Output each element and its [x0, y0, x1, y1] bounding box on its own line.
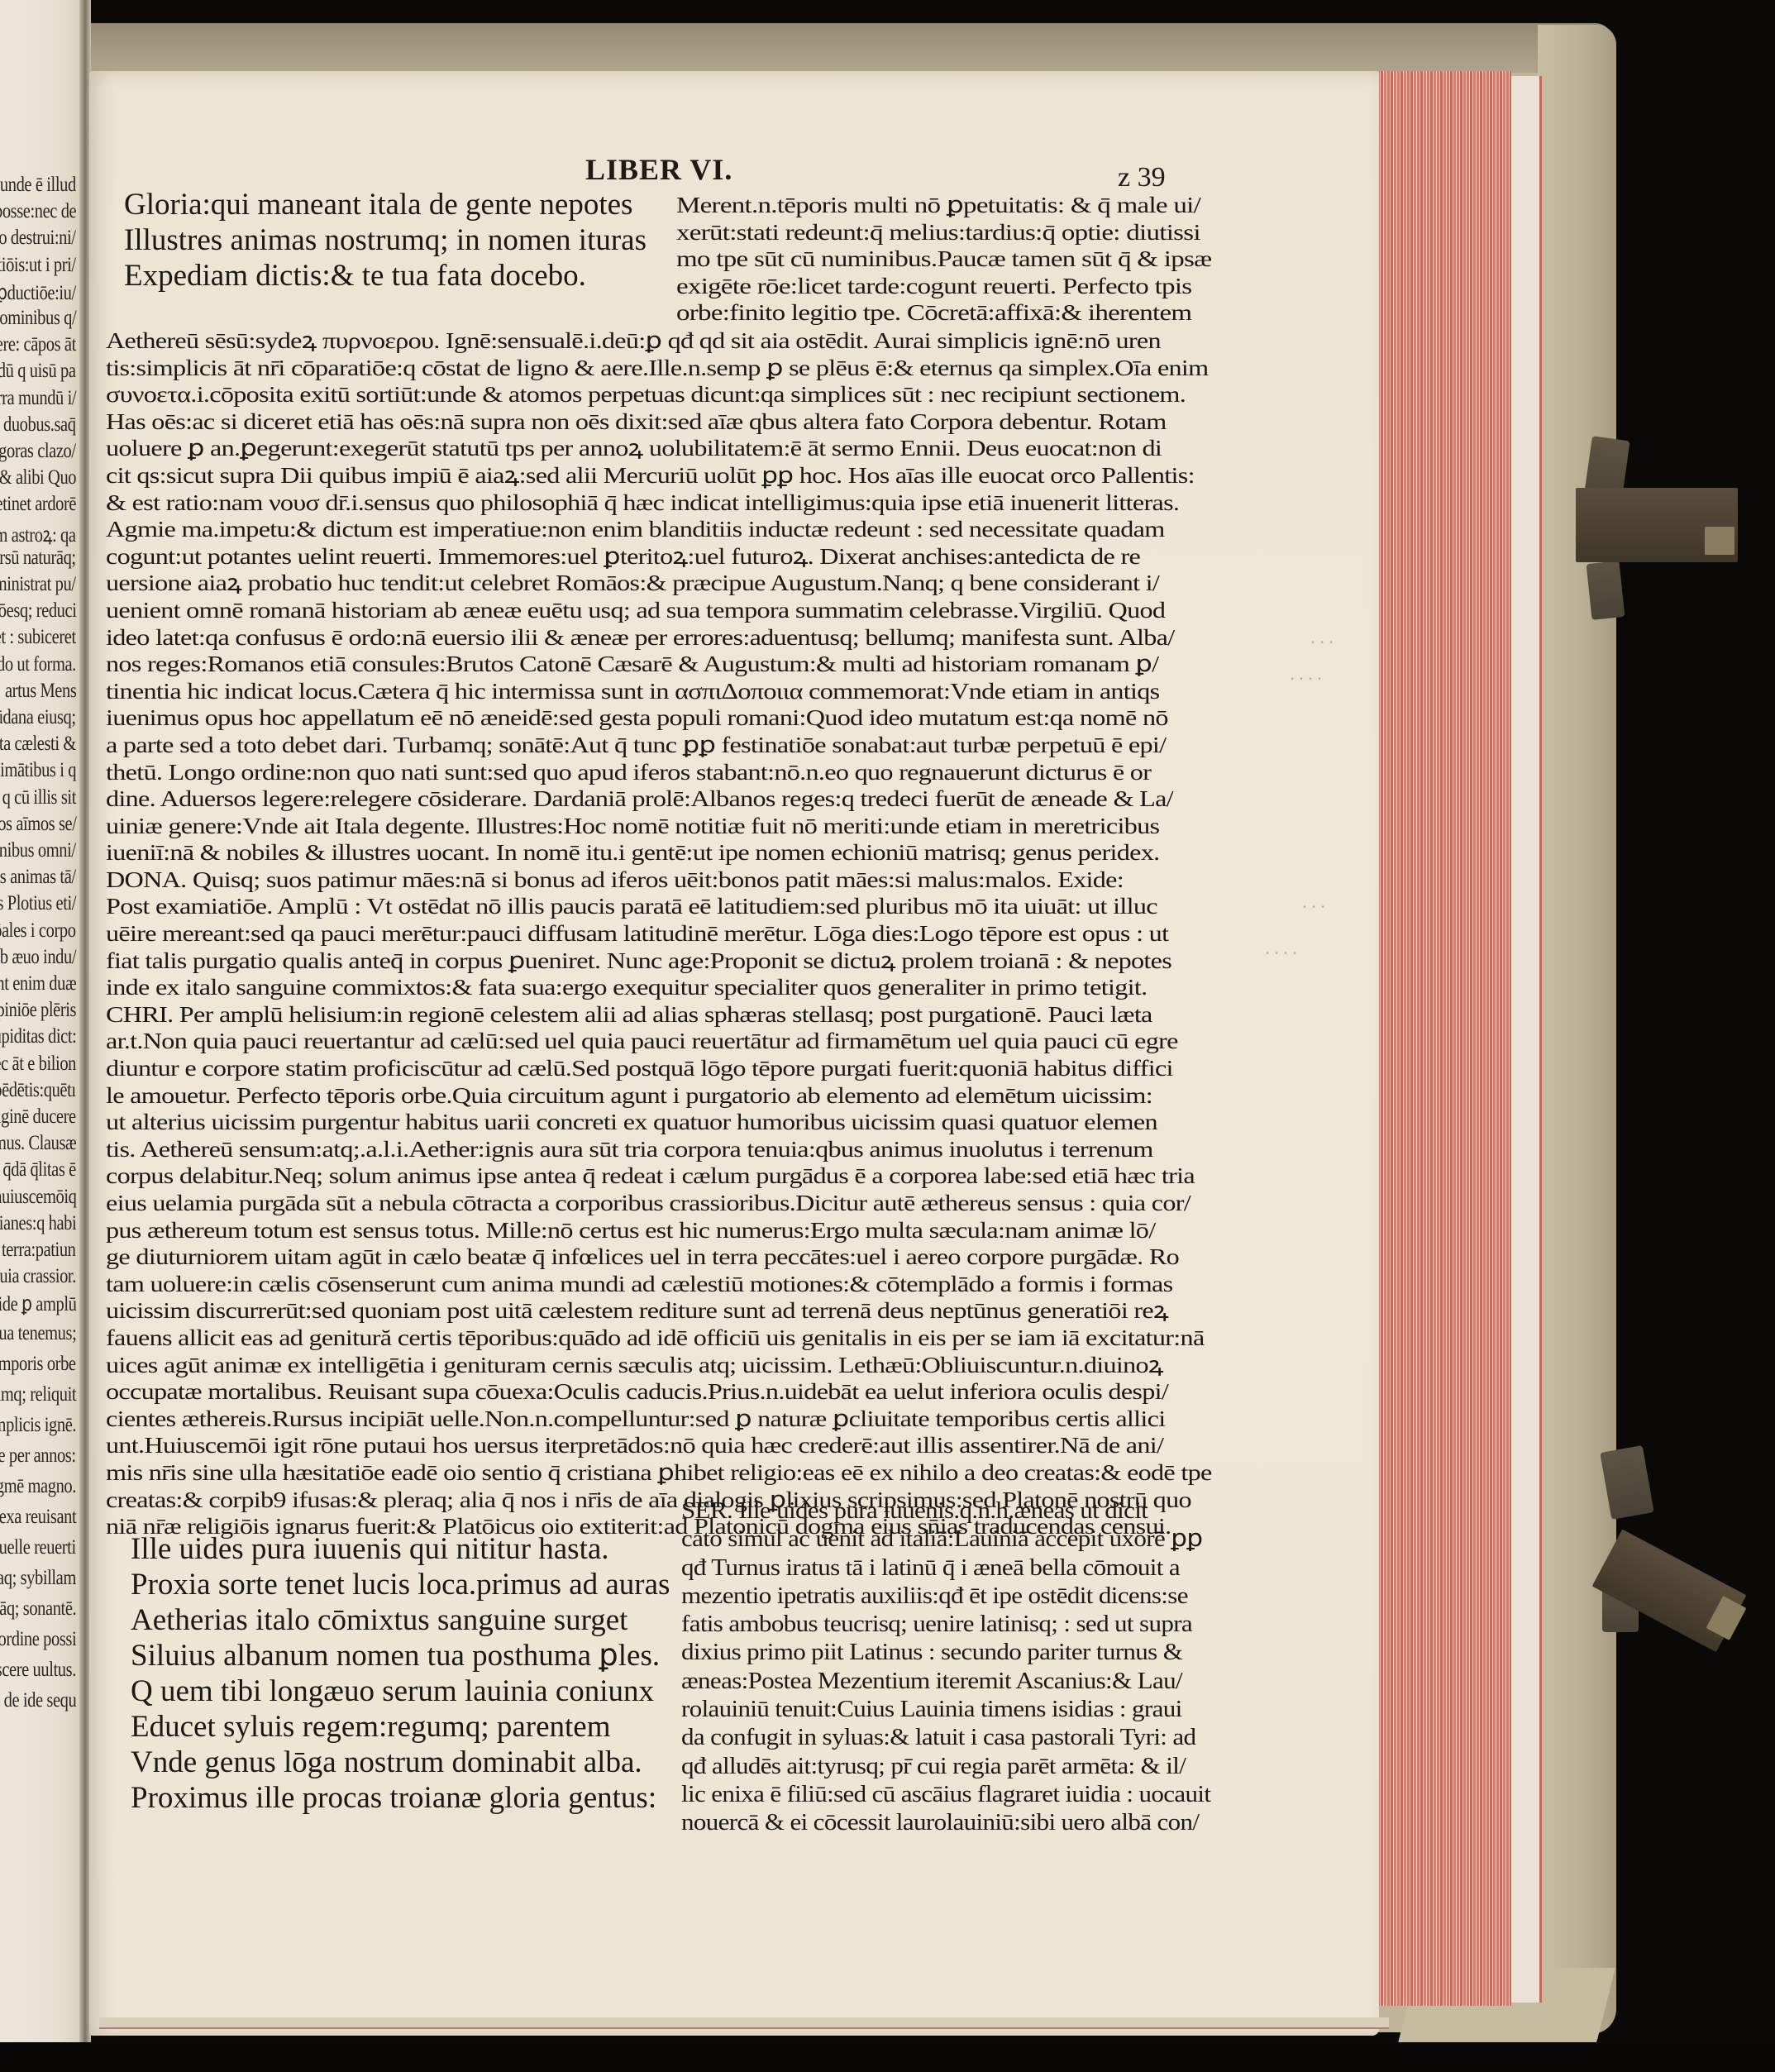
commentary-line: uēire mereant:sed qa pauci merētur:pauci… [106, 920, 1212, 948]
commentary-line: corpus delabitur.Neq; solum animus ipse … [106, 1163, 1212, 1190]
facing-page-line-fragment: ita cælesti & [0, 733, 76, 756]
bottom-verse-block: Ille uides pura iuuenis qui nititur hast… [131, 1531, 670, 1816]
commentary-line: tis:simplicis āt nr̄i cōparatiōe:q cōsta… [106, 355, 1212, 382]
facing-page-line-fragment: mporis orbe [0, 1353, 76, 1376]
facing-page-line-fragment: ora uelle reuerti [0, 1536, 76, 1559]
facing-page-line-fragment: ratiōales i corpo [0, 919, 76, 943]
facing-page-line-fragment: mus. Clausæ [0, 1132, 76, 1155]
commentary-line: orbe:finito legitio tpe. Cōcretā:affixā:… [676, 299, 1211, 327]
binding-fore-edge-cover [1538, 25, 1616, 2034]
facing-page-line-fragment: ōesq; reduci [0, 599, 76, 623]
commentary-line: DONA. Quisq; suos patimur māes:nā si bon… [106, 867, 1212, 894]
facing-page-line-fragment: ai simplicis ignē. [0, 1414, 76, 1437]
sprinkled-red-fore-edge [1377, 71, 1511, 2006]
facing-page-line-fragment: ipēdētis:quētı [0, 1079, 76, 1102]
facing-page-line-fragment: ūdana eiusq; [0, 706, 76, 729]
fore-edge-red-line [1539, 76, 1542, 2003]
commentary-line: rolauiniū tenuit:Cuius Lauinia timens is… [681, 1695, 1210, 1723]
verse-line: Aetherias italo cōmixtus sanguine surget [131, 1602, 670, 1638]
commentary-line: eius uelamia purgāda sūt a nebula cōtrac… [106, 1190, 1212, 1217]
facing-page-line-fragment: agoras clazo/ [0, 440, 76, 463]
commentary-line: nouercā & ei cōcessit laurolauiniū:sibi … [681, 1808, 1210, 1836]
verse-line: Ille uides pura iuuenis qui nititur hast… [131, 1531, 670, 1567]
commentary-line: uenient omnē romanā historiam ab æneæ eu… [106, 597, 1212, 624]
facing-page-line-fragment: imātibus i q [0, 759, 76, 782]
commentary-line: ar.t.Non quia pauci reuertantur ad cælū:… [106, 1028, 1212, 1055]
facing-page-line-fragment: minibus omni/ [0, 839, 76, 862]
facing-page-line-fragment: i & alibi Quo [0, 466, 76, 489]
bottom-right-commentary: SER. Ille uides pura iuuenis.q.n.h.æneas… [681, 1497, 1176, 1837]
pencil-marginalia: · · · [1310, 632, 1334, 653]
commentary-line: le amouetur. Perfecto tēporis orbe.Quia … [106, 1082, 1212, 1110]
commentary-line: lic enixa ē filiū:sed cū ascāius flagrar… [681, 1780, 1210, 1808]
commentary-line: xerūt:stati redeunt:q̄ melius:tardius:q̄… [676, 219, 1211, 246]
commentary-line: occupatæ mortalibus. Reuisant supa cōuex… [106, 1378, 1212, 1406]
facing-page-line-fragment: pea q̄dā q̄litas ē [0, 1158, 76, 1182]
facing-page-line-fragment: m astroꝝ: qa [0, 520, 76, 548]
commentary-line: uices agūt animæ ex intelligētia i genit… [106, 1352, 1212, 1379]
commentary-line: exigēte rōe:licet tarde:cogunt reuerti. … [676, 273, 1211, 300]
commentary-line: pus æthereum totum est sensus totus. Mil… [106, 1217, 1212, 1244]
commentary-line: thetū. Longo ordine:non quo nati sunt:se… [106, 759, 1212, 786]
verse-line: Vnde genus lōga nostrum dominabit alba. [131, 1745, 670, 1780]
facing-page-line-fragment: luere per annos: [0, 1444, 76, 1468]
commentary-line: CHRI. Per amplū helisium:in regionē cele… [106, 1001, 1212, 1029]
facing-page-line-fragment: nominibus q/ [0, 307, 76, 330]
commentary-line: mezentio ipetratis auxiliis:qđ ēt ipe os… [681, 1582, 1210, 1610]
main-commentary-block: Aethereū sēsū:sydeꝝ πυρνοερου. Ignē:sens… [106, 327, 1051, 1540]
top-verse-block: Gloria:qui maneant itala de gente nepote… [124, 187, 647, 294]
commentary-line: iueniī:nā & nobiles & illustres uocant. … [106, 839, 1212, 867]
facing-page-line-fragment: do ut forma. [0, 653, 76, 676]
verse-line: Q uem tibi longæuo serum lauinia coniunx [131, 1673, 670, 1709]
facing-page-line-fragment: ue de ide sequ [0, 1689, 76, 1712]
commentary-line: uicissim discurrerūt:sed quoniam post ui… [106, 1297, 1212, 1325]
commentary-line: cato simul ac uenit ad italiā:Lauiniā ac… [681, 1525, 1210, 1553]
commentary-line: tinentia hic indicat locus.Cætera q̄ hic… [106, 678, 1212, 705]
commentary-line: tis. Aethereū sensum:atq;.a.l.i.Aether:i… [106, 1136, 1212, 1163]
commentary-line: da confugit in syluas:& latuit i casa pa… [681, 1723, 1210, 1751]
commentary-line: dine. Aduersos legere:relegere cōsiderar… [106, 785, 1212, 813]
commentary-line: cit qs:sicut supra Dii quibus impiū ē ai… [106, 462, 1212, 489]
commentary-line: SER. Ille uides pura iuuenis.q.n.h.æneas… [681, 1497, 1210, 1525]
facing-page-line-fragment: erra mundū i/ [0, 387, 76, 410]
commentary-line: a parte sed a toto debet dari. Turbamq; … [106, 732, 1212, 759]
commentary-line: & est ratio:nam νουσ dr̄.i.sensus quo ph… [106, 489, 1212, 517]
commentary-line: συνοετα.i.cōposita exitū sortiūt:unde & … [106, 381, 1212, 408]
facing-page-line-fragment: d duobus.saq̄ [0, 413, 76, 437]
commentary-line: ut alterius uicissim purgentur habitus u… [106, 1109, 1212, 1136]
facing-page-line-fragment: et : subiceret [0, 626, 76, 649]
pencil-marginalia: · · · · [1290, 668, 1322, 690]
facing-page-line-fragment: a arua tenemus; [0, 1322, 76, 1345]
commentary-line: qđ alludēs ait:tyrusq; pr̄ cui regia par… [681, 1752, 1210, 1780]
binding-top-edge [58, 23, 1612, 73]
verse-line: Proxia sorte tenet lucis loca.primus ad … [131, 1567, 670, 1602]
facing-page-line-fragment: hæc āt e bilion [0, 1053, 76, 1076]
facing-page-line-fragment: exide ꝑ amplū [0, 1291, 76, 1316]
facing-page-line-fragment: discere uultus. [0, 1659, 76, 1682]
commentary-line: tam uoluere:in cælis cōsenserunt cum ani… [106, 1271, 1212, 1298]
verse-line: Proximus ille procas troianæ gloria gent… [131, 1780, 670, 1816]
verse-line: Expediam dictis:& te tua fata docebo. [124, 258, 647, 294]
facing-page-line-fragment: lio destrui:ni/ [0, 227, 76, 250]
commentary-line: cientes æthereis.Rursus incipiāt uelle.N… [106, 1406, 1212, 1433]
verse-line: Illustres animas nostrumq; in nomen itur… [124, 222, 647, 258]
folio-number: z 39 [1118, 162, 1166, 193]
commentary-line: uersione aiaꝝ probatio huc tendit:ut cel… [106, 570, 1212, 597]
commentary-line: inde ex italo sanguine commixtos:& fata … [106, 974, 1212, 1001]
facing-page-line-fragment: cupiditas dict: [0, 1025, 76, 1048]
facing-page-line-fragment: ibus Plotius eti/ [0, 892, 76, 915]
facing-page-line-fragment: ꝑductiōe:iu/ [0, 280, 76, 305]
facing-page-line-fragment: at agmē magno. [0, 1475, 76, 1498]
facing-page-line-fragment: rsū naturāq; [0, 547, 76, 570]
facing-page-line-fragment: ex opiniōe plēris [0, 999, 76, 1022]
facing-page-line-fragment: etinet ardorē [0, 493, 76, 516]
facing-page-line-fragment: ministrat pu/ [0, 573, 76, 596]
endleaf-edge [1511, 76, 1541, 2003]
commentary-line: mo tpe sūt cū numinibus.Paucæ tamen sūt … [676, 246, 1211, 273]
commentary-line: Has oēs:ac si diceret etiā has oēs:nā su… [106, 408, 1212, 436]
commentary-line: nos reges:Romanos etiā consules:Brutos C… [106, 651, 1212, 678]
commentary-line: æneas:Postea Mezentium iteremit Ascanius… [681, 1667, 1210, 1695]
commentary-line: cogunt:ut potantes uelint reuerti. Immem… [106, 543, 1212, 571]
running-head: LIBER VI. [585, 152, 732, 187]
facing-page-line-fragment: i posse:nec de [0, 200, 76, 223]
facing-page-line-fragment: urbāq; sonantē. [0, 1597, 76, 1621]
facing-page-line-fragment: oili i terra:patiun [0, 1239, 76, 1262]
commentary-line: dixius primo piit Latinus : secundo pari… [681, 1638, 1210, 1666]
facing-page-line-fragment: ales animas tā/ [0, 866, 76, 889]
facing-page-line-fragment: naq; sybillam [0, 1567, 76, 1590]
commentary-line: Agmie ma.impetu:& dictum est imperatiue:… [106, 516, 1212, 543]
pencil-marginalia: · · · · [1265, 943, 1297, 964]
verse-line: Gloria:qui maneant itala de gente nepote… [124, 187, 647, 222]
facing-left-page: ū unde ē illudi posse:nec delio destrui:… [0, 0, 83, 2072]
commentary-line: fatis ambobus teucrisq; uenire latinisq;… [681, 1610, 1210, 1638]
facing-page-line-fragment: ū unde ē illud [0, 174, 76, 197]
pencil-marginalia: · · · [1302, 896, 1325, 918]
facing-page-line-fragment: quia crassior. [0, 1265, 76, 1288]
facing-page-line-fragment: there: cāpos āt [0, 333, 76, 356]
background-shadow [0, 2042, 1775, 2072]
commentary-line: fiat talis purgatio qualis anteq̄ in cor… [106, 948, 1212, 975]
top-right-commentary: Merent.n.tēporis multi nō ꝑpetuitatis: &… [676, 192, 1123, 327]
page-bottom-edge [99, 2017, 1389, 2029]
commentary-line: uiniæ genere:Vnde ait Itala degente. Ill… [106, 813, 1212, 840]
commentary-line: ideo latet:qa confusus ē ordo:nā euersio… [106, 624, 1212, 652]
facing-page-line-fragment: go ordine possi [0, 1628, 76, 1651]
commentary-line: iuenimus opus hoc appellatum eē nō æneid… [106, 704, 1212, 732]
commentary-line: Merent.n.tēporis multi nō ꝑpetuitatis: &… [676, 192, 1211, 219]
commentary-line: Aethereū sēsū:sydeꝝ πυρνοερου. Ignē:sens… [106, 327, 1212, 355]
facing-page-line-fragment: us ab æuo indu/ [0, 946, 76, 969]
facing-page-line-fragment: q cū illis sit [2, 786, 76, 809]
commentary-line: qđ Turnus iratus tā i latinū q̄ i æneā b… [681, 1554, 1210, 1582]
commentary-line: mis nr̄is sine ulla hæsitatiōe eadē oio … [106, 1459, 1212, 1487]
commentary-line: Post examiatiōe. Amplū : Vt ostēdat nō i… [106, 893, 1212, 920]
facing-page-line-fragment: t:sunt enim duæ [0, 972, 76, 995]
commentary-line: diuntur e corpore statim proficiscūtur a… [106, 1055, 1212, 1082]
verse-line: Siluius albanum nomen tua posthuma ꝑles. [131, 1638, 670, 1673]
facing-page-line-fragment: artus Mens [5, 680, 76, 703]
facing-page-line-fragment: dūt ianes:q habi [0, 1212, 76, 1235]
facing-page-line-fragment: r cōuexa reuisant [0, 1506, 76, 1529]
commentary-line: uoluere ꝑ an.ꝑegerunt:exegerūt statutū t… [106, 435, 1212, 462]
verse-line: Educet syluis regem:regumq; parentem [131, 1709, 670, 1745]
facing-page-line-fragment: bı huiuscemōiq [0, 1186, 76, 1209]
commentary-line: ge diuturniorem uitam agūt in cælo beatæ… [106, 1244, 1212, 1271]
commentary-line: unt.Huiuscemōi igit rōne putaui hos uers… [106, 1432, 1212, 1459]
commentary-line: fauens allicit eas ad genitură certis tē… [106, 1325, 1212, 1352]
facing-page-line-fragment: rumq; reliquit [0, 1383, 76, 1406]
facing-page-line-fragment: nūdū q uisū pa [0, 360, 76, 383]
facing-page-line-fragment: originē ducere [0, 1105, 76, 1129]
facing-page-line-fragment: tros aīmos se/ [0, 813, 76, 836]
facing-page-line-fragment: ctiōis:ut i pri/ [0, 254, 76, 277]
